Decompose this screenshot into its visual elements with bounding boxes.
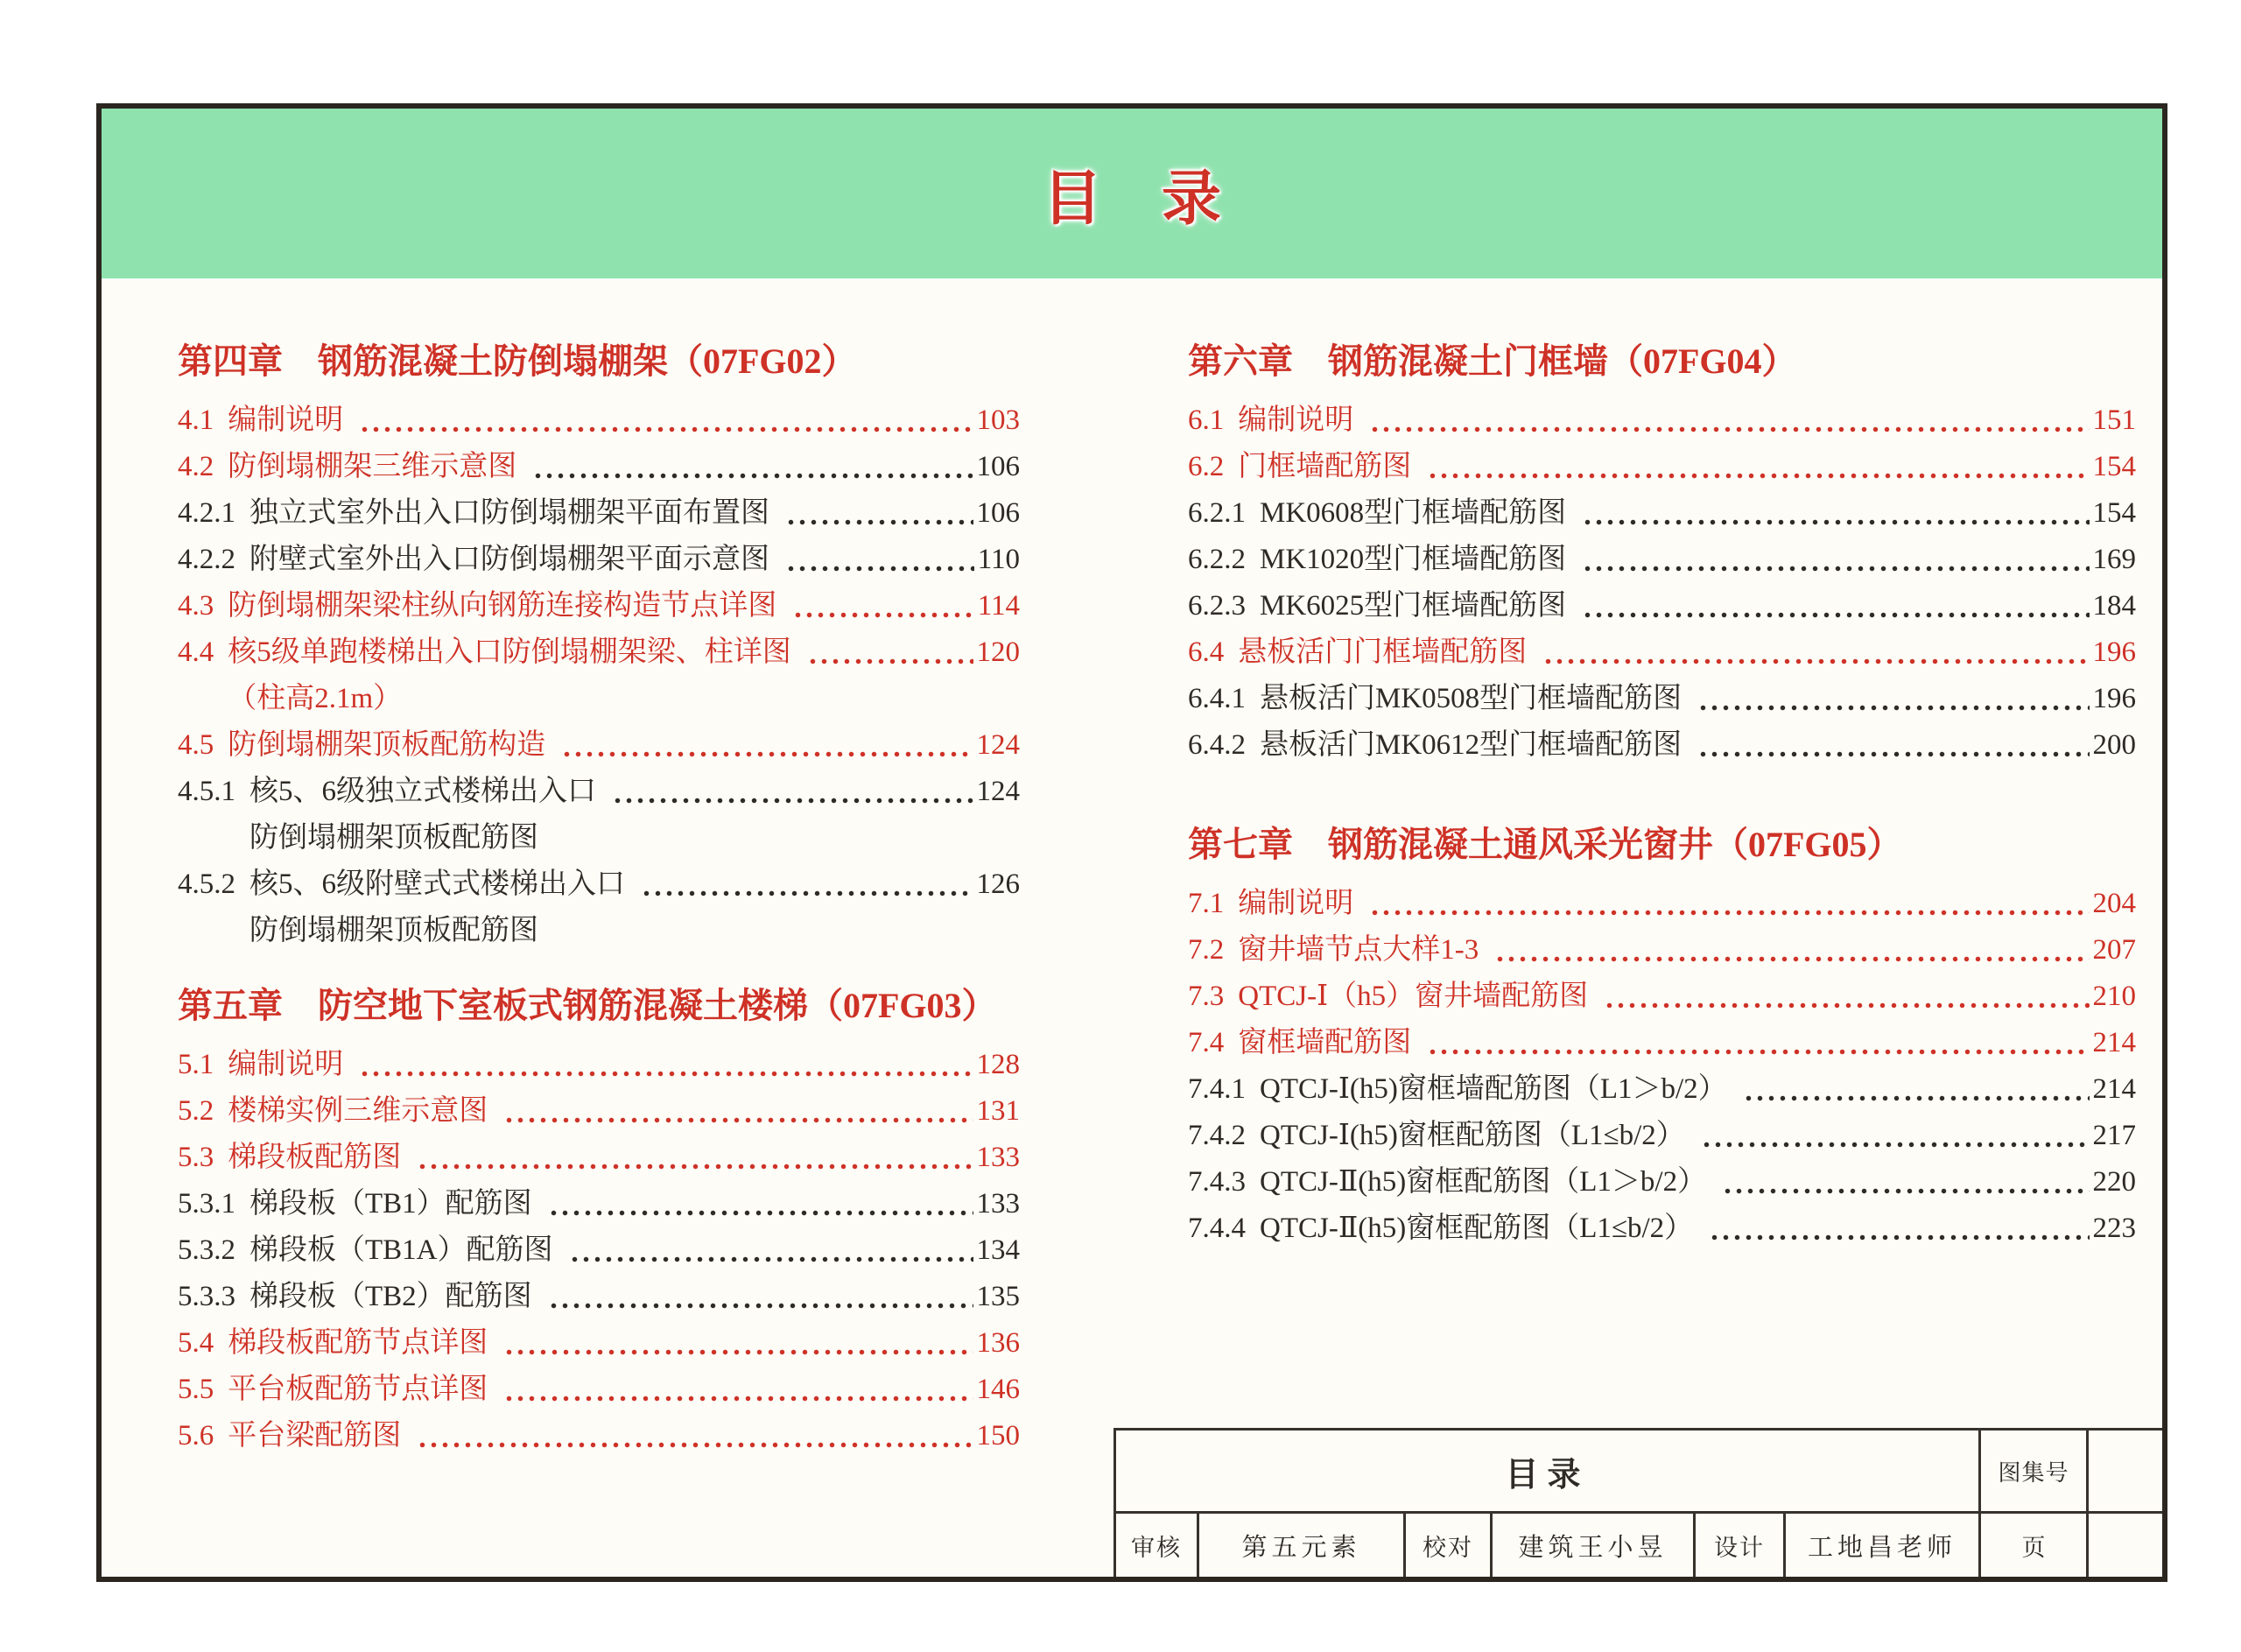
toc-entry: 7.4.1 QTCJ-Ⅰ(h5)窗框墙配筋图（L1＞b/2） 214 xyxy=(1188,1066,2136,1113)
chapter-items: 7.1 编制说明 204 7.2 窗井墙节点大样1-3 207 7.3 QTCJ… xyxy=(1188,881,2136,1252)
entry-title: 悬板活门MK0612型门框墙配筋图 xyxy=(1260,722,1682,769)
dot-leader xyxy=(1427,469,2089,482)
toc-entry: 6.2.3 MK6025型门框墙配筋图 184 xyxy=(1188,583,2136,629)
toc-entry: 6.4 悬板活门门框墙配筋图 196 xyxy=(1188,629,2136,676)
entry-page-number: 169 xyxy=(2093,537,2137,583)
toc-entry: 4.4 核5级单跑楼梯出入口防倒塌棚架梁、柱详图 120 （柱高2.1m） xyxy=(178,629,1020,722)
toc-entry: 6.4.2 悬板活门MK0612型门框墙配筋图 200 xyxy=(1188,722,2136,769)
entry-title: QTCJ-Ⅱ(h5)窗框配筋图（L1≤b/2） xyxy=(1260,1206,1693,1252)
entry-number: 5.3 xyxy=(178,1135,214,1181)
entry-title: MK0608型门框墙配筋图 xyxy=(1260,490,1566,537)
entry-page-number: 200 xyxy=(2093,722,2137,769)
reviewer-name: 第五元素 xyxy=(1197,1511,1403,1577)
entry-title: 核5、6级附壁式式楼梯出入口 xyxy=(249,861,625,908)
toc-entry: 5.3.1 梯段板（TB1）配筋图 133 xyxy=(178,1181,1020,1227)
dot-leader xyxy=(612,794,973,806)
toc-entry: 5.6 平台梁配筋图 150 xyxy=(178,1413,1020,1459)
dot-leader xyxy=(1701,1138,2090,1150)
toc-entry: 4.2.1 独立式室外出入口防倒塌棚架平面布置图 106 xyxy=(178,490,1020,537)
chapter-heading: 第六章 钢筋混凝土门框墙（07FG04） xyxy=(1188,340,2136,383)
dot-leader xyxy=(1369,906,2089,918)
dot-leader xyxy=(1369,423,2089,435)
toc-entry: 7.4.2 QTCJ-Ⅰ(h5)窗框配筋图（L1≤b/2） 217 xyxy=(1188,1113,2136,1159)
entry-number: 4.2.2 xyxy=(178,537,235,583)
entry-title: 编制说明 xyxy=(1238,881,1353,927)
toc-entry: 4.1 编制说明 103 xyxy=(178,397,1020,444)
entry-number: 5.1 xyxy=(178,1042,214,1088)
entry-title: 悬板活门门框墙配筋图 xyxy=(1238,629,1527,676)
entry-title: QTCJ-Ⅰ(h5)窗框墙配筋图（L1＞b/2） xyxy=(1260,1066,1727,1113)
dot-leader xyxy=(359,1067,973,1079)
dot-leader xyxy=(1582,608,2089,621)
entry-number: 5.3.2 xyxy=(178,1227,235,1274)
entry-title: 平台梁配筋图 xyxy=(228,1413,401,1459)
chapter-items: 5.1 编制说明 128 5.2 楼梯实例三维示意图 131 5.3 梯段板配筋… xyxy=(178,1042,1020,1459)
entry-page-number: 103 xyxy=(977,397,1021,444)
toc-entry: 5.3 梯段板配筋图 133 xyxy=(178,1135,1020,1181)
entry-number: 5.2 xyxy=(178,1088,214,1135)
toc-entry: 5.5 平台板配筋节点详图 146 xyxy=(178,1367,1020,1413)
entry-number: 7.4.2 xyxy=(1188,1113,1246,1159)
dot-leader xyxy=(1582,516,2089,528)
dot-leader xyxy=(359,423,973,435)
entry-number: 7.2 xyxy=(1188,927,1224,974)
toc-entry: 4.2.2 附壁式室外出入口防倒塌棚架平面示意图 110 xyxy=(178,537,1020,583)
dot-leader xyxy=(503,1392,973,1404)
designer-name: 工地昌老师 xyxy=(1783,1511,1978,1577)
page-label: 页 xyxy=(1978,1511,2086,1577)
dot-leader xyxy=(1722,1185,2089,1197)
entry-title: 平台板配筋节点详图 xyxy=(228,1367,488,1413)
dot-leader xyxy=(785,516,973,528)
entry-number: 4.5 xyxy=(178,722,214,769)
entry-number: 7.4.4 xyxy=(1188,1206,1246,1252)
entry-title: QTCJ-Ⅰ（h5）窗井墙配筋图 xyxy=(1238,974,1588,1020)
entry-number: 5.4 xyxy=(178,1320,214,1367)
chapter-heading: 第七章 钢筋混凝土通风采光窗井（07FG05） xyxy=(1188,823,2136,867)
entry-page-number: 124 xyxy=(977,722,1021,769)
toc-entry: 7.4.3 QTCJ-Ⅱ(h5)窗框配筋图（L1＞b/2） 220 xyxy=(1188,1159,2136,1206)
entry-title: QTCJ-Ⅰ(h5)窗框配筋图（L1≤b/2） xyxy=(1260,1113,1685,1159)
dot-leader xyxy=(1582,562,2089,574)
entry-page-number: 131 xyxy=(977,1088,1021,1135)
entry-number: 6.4.2 xyxy=(1188,722,1246,769)
entry-page-number: 196 xyxy=(2093,676,2137,722)
dot-leader xyxy=(548,1299,973,1311)
entry-title: 核5、6级独立式楼梯出入口 xyxy=(249,769,596,815)
entry-title: 防倒塌棚架三维示意图 xyxy=(228,444,516,490)
entry-title: 门框墙配筋图 xyxy=(1238,444,1411,490)
entry-number: 7.3 xyxy=(1188,974,1224,1020)
dot-leader xyxy=(417,1160,973,1172)
toc-entry: 4.5 防倒塌棚架顶板配筋构造 124 xyxy=(178,722,1020,769)
entry-page-number: 154 xyxy=(2093,490,2137,537)
chapter-items: 4.1 编制说明 103 4.2 防倒塌棚架三维示意图 106 4.2.1 独立… xyxy=(178,397,1020,954)
dot-leader xyxy=(785,562,974,574)
entry-title: 梯段板（TB2）配筋图 xyxy=(249,1274,532,1320)
dot-leader xyxy=(641,887,973,899)
entry-number: 6.2.1 xyxy=(1188,490,1246,537)
entry-page-number: 214 xyxy=(2093,1020,2137,1066)
toc-entry: 4.5.2 核5、6级附壁式式楼梯出入口 126 防倒塌棚架顶板配筋图 xyxy=(178,861,1020,954)
dot-leader xyxy=(548,1206,973,1219)
entry-number: 5.3.1 xyxy=(178,1181,235,1227)
entry-title: 独立式室外出入口防倒塌棚架平面布置图 xyxy=(249,490,769,537)
atlas-number-label: 图集号 xyxy=(1978,1428,2086,1511)
entry-number: 4.5.1 xyxy=(178,769,235,861)
toc-entry: 6.2.2 MK1020型门框墙配筋图 169 xyxy=(1188,537,2136,583)
chapter-items: 6.1 编制说明 151 6.2 门框墙配筋图 154 6.2.1 MK0608… xyxy=(1188,397,2136,769)
dot-leader xyxy=(561,748,973,760)
designer-label: 设计 xyxy=(1693,1511,1783,1577)
entry-title: 窗井墙节点大样1-3 xyxy=(1238,927,1479,974)
entry-page-number: 154 xyxy=(2093,444,2137,490)
title-block-title: 目录 xyxy=(1113,1428,1978,1511)
entry-number: 4.5.2 xyxy=(178,861,235,954)
page-number-value xyxy=(2086,1511,2162,1577)
proofreader-label: 校对 xyxy=(1403,1511,1490,1577)
entry-page-number: 210 xyxy=(2093,974,2137,1020)
entry-number: 7.4.3 xyxy=(1188,1159,1246,1206)
entry-number: 5.3.3 xyxy=(178,1274,235,1320)
header-band: 目 录 xyxy=(102,109,2162,278)
dot-leader xyxy=(1697,701,2089,714)
toc-section: 第四章 钢筋混凝土防倒塌棚架（07FG02） 4.1 编制说明 103 4.2 … xyxy=(178,340,1020,954)
entry-page-number: 223 xyxy=(2093,1206,2137,1252)
entry-page-number: 133 xyxy=(977,1181,1021,1227)
entry-number: 4.3 xyxy=(178,583,214,629)
entry-page-number: 134 xyxy=(977,1227,1021,1274)
dot-leader xyxy=(1697,748,2089,760)
title-block: 目录 图集号 审核 第五元素 校对 建筑王小昱 设计 工地昌老师 页 xyxy=(1113,1428,2162,1577)
entry-page-number: 135 xyxy=(977,1274,1021,1320)
toc-entry: 4.2 防倒塌棚架三维示意图 106 xyxy=(178,444,1020,490)
entry-title: 编制说明 xyxy=(228,1042,343,1088)
entry-title: 梯段板（TB1）配筋图 xyxy=(249,1181,532,1227)
entry-title: QTCJ-Ⅱ(h5)窗框配筋图（L1＞b/2） xyxy=(1260,1159,1706,1206)
entry-title: 梯段板（TB1A）配筋图 xyxy=(249,1227,553,1274)
entry-title: 附壁式室外出入口防倒塌棚架平面示意图 xyxy=(249,537,769,583)
toc-entry: 6.1 编制说明 151 xyxy=(1188,397,2136,444)
entry-page-number: 110 xyxy=(978,537,1020,583)
proofreader-name: 建筑王小昱 xyxy=(1490,1511,1693,1577)
entry-title-line2: 防倒塌棚架顶板配筋图 xyxy=(249,915,538,946)
entry-title: 悬板活门MK0508型门框墙配筋图 xyxy=(1260,676,1682,722)
toc-section: 第五章 防空地下室板式钢筋混凝土楼梯（07FG03） 5.1 编制说明 128 … xyxy=(178,984,1020,1459)
toc-entry: 5.1 编制说明 128 xyxy=(178,1042,1020,1088)
entry-number: 6.2.3 xyxy=(1188,583,1246,629)
toc-entry: 5.2 楼梯实例三维示意图 131 xyxy=(178,1088,1020,1135)
entry-number: 5.5 xyxy=(178,1367,214,1413)
dot-leader xyxy=(1427,1045,2089,1058)
entry-page-number: 114 xyxy=(978,583,1020,629)
entry-title: 梯段板配筋节点详图 xyxy=(228,1320,488,1367)
toc-entry: 6.4.1 悬板活门MK0508型门框墙配筋图 196 xyxy=(1188,676,2136,722)
entry-page-number: 136 xyxy=(977,1320,1021,1367)
toc-entry: 7.4 窗框墙配筋图 214 xyxy=(1188,1020,2136,1066)
entry-page-number: 150 xyxy=(977,1413,1021,1459)
entry-number: 4.2.1 xyxy=(178,490,235,537)
entry-page-number: 146 xyxy=(977,1367,1021,1413)
entry-page-number: 196 xyxy=(2093,629,2137,676)
toc-entry: 4.3 防倒塌棚架梁柱纵向钢筋连接构造节点详图 114 xyxy=(178,583,1020,629)
entry-page-number: 128 xyxy=(977,1042,1021,1088)
entry-number: 6.4.1 xyxy=(1188,676,1246,722)
entry-title: 防倒塌棚架顶板配筋构造 xyxy=(228,722,545,769)
entry-page-number: 133 xyxy=(977,1135,1021,1181)
dot-leader xyxy=(1709,1231,2089,1243)
toc-content: 第四章 钢筋混凝土防倒塌棚架（07FG02） 4.1 编制说明 103 4.2 … xyxy=(102,278,2162,1577)
entry-title: 梯段板配筋图 xyxy=(228,1135,401,1181)
toc-entry: 5.3.3 梯段板（TB2）配筋图 135 xyxy=(178,1274,1020,1320)
toc-section: 第七章 钢筋混凝土通风采光窗井（07FG05） 7.1 编制说明 204 7.2… xyxy=(1188,823,2136,1252)
entry-page-number: 151 xyxy=(2093,397,2137,444)
toc-entry: 6.2.1 MK0608型门框墙配筋图 154 xyxy=(1188,490,2136,537)
dot-leader xyxy=(792,608,973,621)
entry-title: 编制说明 xyxy=(1238,397,1353,444)
chapter-heading: 第五章 防空地下室板式钢筋混凝土楼梯（07FG03） xyxy=(178,984,1020,1028)
entry-title: 窗框墙配筋图 xyxy=(1238,1020,1411,1066)
entry-page-number: 124 xyxy=(977,769,1021,815)
entry-number: 5.6 xyxy=(178,1413,214,1459)
entry-title-line2: 防倒塌棚架顶板配筋图 xyxy=(249,822,538,854)
entry-number: 6.1 xyxy=(1188,397,1224,444)
entry-page-number: 217 xyxy=(2093,1113,2137,1159)
entry-page-number: 184 xyxy=(2093,583,2137,629)
entry-page-number: 204 xyxy=(2093,881,2137,927)
entry-number: 7.4.1 xyxy=(1188,1066,1246,1113)
toc-section: 第六章 钢筋混凝土门框墙（07FG04） 6.1 编制说明 151 6.2 门框… xyxy=(1188,340,2136,769)
toc-entry: 7.2 窗井墙节点大样1-3 207 xyxy=(1188,927,2136,974)
entry-number: 6.2 xyxy=(1188,444,1224,490)
entry-title: MK1020型门框墙配筋图 xyxy=(1260,537,1566,583)
entry-number: 7.1 xyxy=(1188,881,1224,927)
chapter-heading: 第四章 钢筋混凝土防倒塌棚架（07FG02） xyxy=(178,340,1020,383)
toc-entry: 5.4 梯段板配筋节点详图 136 xyxy=(178,1320,1020,1367)
entry-page-number: 106 xyxy=(977,490,1021,537)
entry-number: 7.4 xyxy=(1188,1020,1224,1066)
entry-page-number: 126 xyxy=(977,861,1021,908)
entry-page-number: 214 xyxy=(2093,1066,2137,1113)
dot-leader xyxy=(417,1438,973,1451)
dot-leader xyxy=(1743,1092,2090,1104)
dot-leader xyxy=(503,1346,973,1358)
dot-leader xyxy=(807,655,973,667)
entry-page-number: 220 xyxy=(2093,1159,2137,1206)
toc-entry: 6.2 门框墙配筋图 154 xyxy=(1188,444,2136,490)
entry-number: 6.2.2 xyxy=(1188,537,1246,583)
entry-page-number: 106 xyxy=(977,444,1021,490)
entry-title: 楼梯实例三维示意图 xyxy=(228,1088,488,1135)
entry-title: 编制说明 xyxy=(228,397,343,444)
dot-leader xyxy=(1494,953,2089,965)
entry-page-number: 120 xyxy=(977,629,1021,676)
entry-number: 4.1 xyxy=(178,397,214,444)
dot-leader xyxy=(503,1114,973,1126)
entry-page-number: 207 xyxy=(2093,927,2137,974)
toc-entry: 7.4.4 QTCJ-Ⅱ(h5)窗框配筋图（L1≤b/2） 223 xyxy=(1188,1206,2136,1252)
entry-title-line2: （柱高2.1m） xyxy=(228,683,402,714)
dot-leader xyxy=(532,469,973,482)
entry-number: 4.4 xyxy=(178,629,214,722)
page-title: 目 录 xyxy=(1043,151,1221,236)
atlas-number-value xyxy=(2086,1428,2162,1511)
entry-number: 6.4 xyxy=(1188,629,1224,676)
entry-title: MK6025型门框墙配筋图 xyxy=(1260,583,1566,629)
dot-leader xyxy=(1604,999,2089,1011)
entry-title: 核5级单跑楼梯出入口防倒塌棚架梁、柱详图 xyxy=(228,629,791,676)
toc-column-right: 第六章 钢筋混凝土门框墙（07FG04） 6.1 编制说明 151 6.2 门框… xyxy=(1188,340,2136,1252)
entry-title: 防倒塌棚架梁柱纵向钢筋连接构造节点详图 xyxy=(228,583,776,629)
reviewer-label: 审核 xyxy=(1113,1511,1197,1577)
entry-number: 4.2 xyxy=(178,444,214,490)
toc-column-left: 第四章 钢筋混凝土防倒塌棚架（07FG02） 4.1 编制说明 103 4.2 … xyxy=(178,340,1020,1459)
toc-entry: 4.5.1 核5、6级独立式楼梯出入口 124 防倒塌棚架顶板配筋图 xyxy=(178,769,1020,861)
toc-entry: 5.3.2 梯段板（TB1A）配筋图 134 xyxy=(178,1227,1020,1274)
dot-leader xyxy=(1542,655,2089,667)
page-frame: 目 录 第四章 钢筋混凝土防倒塌棚架（07FG02） 4.1 编制说明 103 … xyxy=(96,103,2167,1582)
dot-leader xyxy=(569,1253,973,1265)
toc-entry: 7.1 编制说明 204 xyxy=(1188,881,2136,927)
toc-entry: 7.3 QTCJ-Ⅰ（h5）窗井墙配筋图 210 xyxy=(1188,974,2136,1020)
